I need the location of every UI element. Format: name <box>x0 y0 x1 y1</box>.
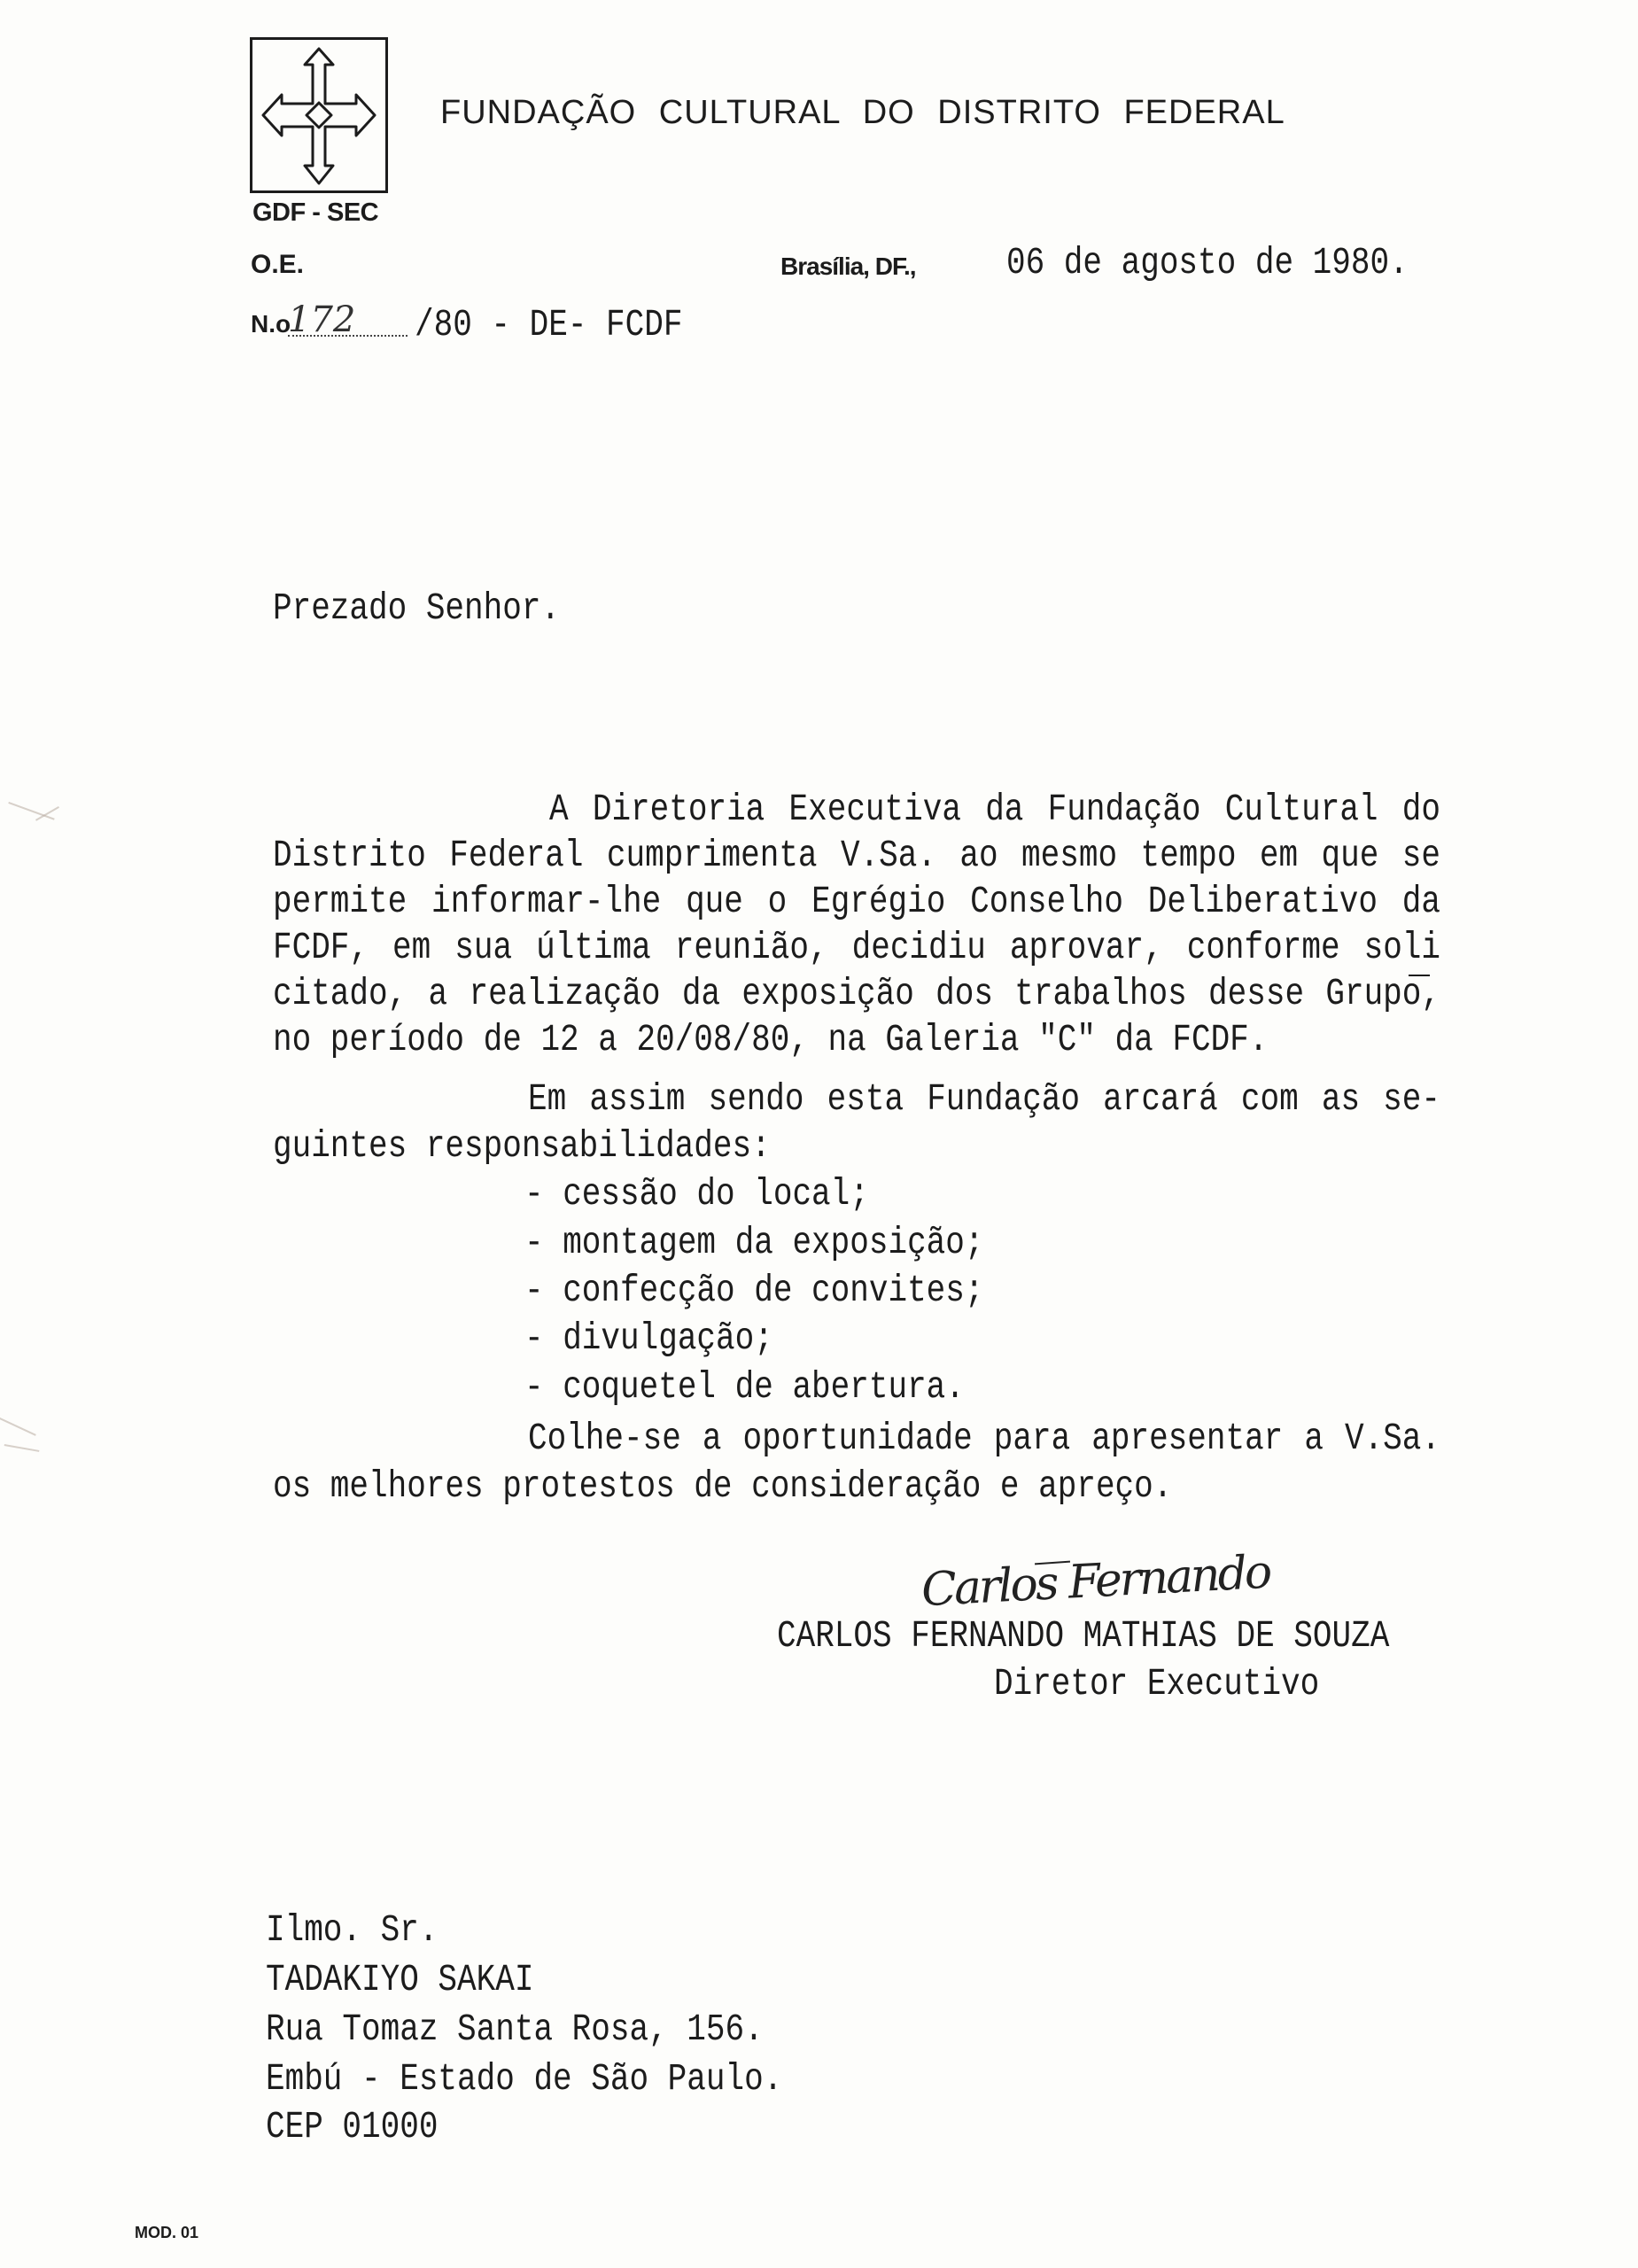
place: Brasília, DF., <box>780 252 916 281</box>
list-item: - divulgação; <box>524 1320 773 1357</box>
addressee-city: Embú - Estado de São Paulo. <box>266 2061 782 2098</box>
date: 06 de agosto de 1980. <box>1006 245 1409 282</box>
number-label: N.o <box>251 310 291 338</box>
closing-line: os melhores protestos de consideração e … <box>273 1468 1172 1505</box>
addressee-postal: CEP 01000 <box>266 2109 438 2146</box>
paragraph-line: permite informar-lhe que o Egrégio Conse… <box>273 883 1440 920</box>
addressee-street: Rua Tomaz Santa Rosa, 156. <box>266 2011 764 2048</box>
list-item: - coquetel de abertura. <box>524 1369 965 1406</box>
cross-arrows-emblem-icon <box>252 40 385 190</box>
addressee-name: TADAKIYO SAKAI <box>266 1961 533 1999</box>
closing-line: Colhe-se a oportunidade para apresentar … <box>528 1420 1440 1457</box>
signatory-name: CARLOS FERNANDO MATHIAS DE SOUZA <box>777 1618 1389 1655</box>
logo-caption: GDF - SEC <box>252 198 378 228</box>
handwritten-signature: Carlos Fernando <box>920 1546 1271 1617</box>
logo <box>250 37 388 193</box>
list-item: - cessão do local; <box>524 1176 869 1213</box>
paragraph-line: guintes responsabilidades: <box>273 1128 771 1165</box>
paragraph-line: citado, a realização da exposição dos tr… <box>273 975 1440 1013</box>
number-suffix: /80 - DE- FCDF <box>415 307 682 344</box>
paper-crease <box>0 1417 36 1436</box>
paper-crease <box>4 1444 40 1452</box>
paragraph-line: Em assim sendo esta Fundação arcará com … <box>528 1081 1440 1118</box>
signatory-title: Diretor Executivo <box>994 1666 1319 1703</box>
list-item: - confecção de convites; <box>524 1272 983 1309</box>
reference-type: O.E. <box>251 250 304 280</box>
list-item: - montagem da exposição; <box>524 1224 983 1262</box>
form-code: MOD. 01 <box>135 2224 198 2242</box>
paragraph-line: Distrito Federal cumprimenta V.Sa. ao me… <box>273 837 1440 874</box>
salutation: Prezado Senhor. <box>273 590 560 627</box>
paragraph-line: no período de 12 a 20/08/80, na Galeria … <box>273 1021 1268 1059</box>
handwritten-number: 172 <box>288 299 355 340</box>
paragraph-line: A Diretoria Executiva da Fundação Cultur… <box>549 791 1440 828</box>
paragraph-line: FCDF, em sua última reunião, decidiu apr… <box>273 929 1440 967</box>
paper-crease <box>8 802 54 820</box>
addressee-salutation: Ilmo. Sr. <box>266 1912 438 1949</box>
organization-title: FUNDAÇÃO CULTURAL DO DISTRITO FEDERAL <box>440 94 1285 132</box>
